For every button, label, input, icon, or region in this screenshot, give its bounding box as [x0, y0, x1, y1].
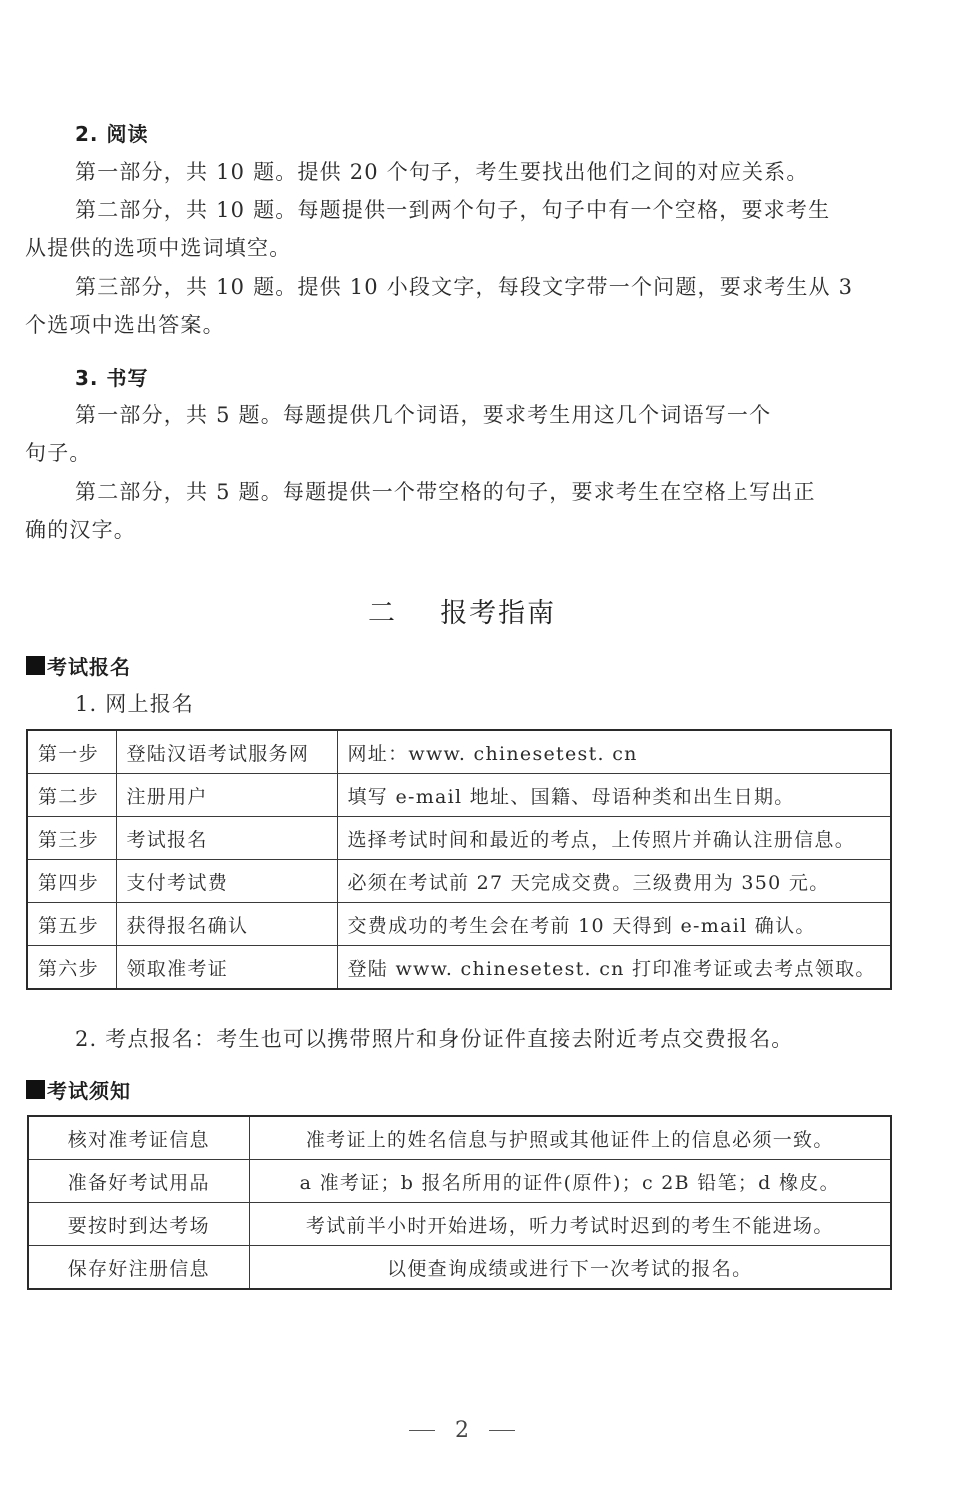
writing-heading: 3. 书写	[75, 362, 148, 391]
step-detail: 必须在考试前 27 天完成交费。三级费用为 350 元。	[337, 860, 891, 903]
notices-heading-text: 考试须知	[47, 1075, 131, 1104]
page-number: 2	[409, 1418, 515, 1443]
page-number-text: 2	[455, 1418, 469, 1443]
writing-part1-line2: 句子。	[25, 434, 92, 472]
writing-part1-line1: 第一部分，共 5 题。每题提供几个词语，要求考生用这几个词语写一个	[75, 396, 771, 434]
registration-heading-text: 考试报名	[47, 651, 131, 680]
chapter-title: 二 报考指南	[368, 591, 556, 630]
reading-part3-line1: 第三部分，共 10 题。提供 10 小段文字，每段文字带一个问题，要求考生从 3	[75, 268, 853, 306]
exam-notices-table: 核对准考证信息 准考证上的姓名信息与护照或其他证件上的信息必须一致。 准备好考试…	[27, 1115, 892, 1290]
chapter-number: 二	[368, 598, 397, 629]
table-row: 第四步 支付考试费 必须在考试前 27 天完成交费。三级费用为 350 元。	[27, 860, 891, 903]
writing-part2-line1: 第二部分，共 5 题。每题提供一个带空格的句子，要求考生在空格上写出正	[75, 473, 816, 511]
reading-heading: 2. 阅读	[75, 118, 148, 147]
step-label: 第四步	[27, 860, 116, 903]
step-detail: 登陆 www. chinesetest. cn 打印准考证或去考点领取。	[337, 946, 891, 990]
step-label: 第二步	[27, 774, 116, 817]
table-row: 第三步 考试报名 选择考试时间和最近的考点，上传照片并确认注册信息。	[27, 817, 891, 860]
step-action: 注册用户	[116, 774, 337, 817]
writing-part2-line2: 确的汉字。	[25, 511, 136, 549]
dash-left	[409, 1430, 435, 1432]
notice-item: 准备好考试用品	[28, 1160, 249, 1203]
step-action: 支付考试费	[116, 860, 337, 903]
step-label: 第五步	[27, 903, 116, 946]
dash-right	[489, 1430, 515, 1432]
table-row: 第六步 领取准考证 登陆 www. chinesetest. cn 打印准考证或…	[27, 946, 891, 990]
table-row: 要按时到达考场 考试前半小时开始进场，听力考试时迟到的考生不能进场。	[28, 1203, 891, 1246]
registration-heading: 考试报名	[26, 651, 131, 680]
square-bullet-icon	[26, 656, 45, 675]
online-registration-heading: 1. 网上报名	[75, 685, 194, 723]
step-label: 第六步	[27, 946, 116, 990]
reading-part2-line2: 从提供的选项中选词填空。	[25, 229, 291, 267]
step-label: 第一步	[27, 730, 116, 774]
step-action: 登陆汉语考试服务网	[116, 730, 337, 774]
onsite-registration: 2. 考点报名：考生也可以携带照片和身份证件直接去附近考点交费报名。	[75, 1020, 794, 1058]
notice-detail: a 准考证；b 报名所用的证件(原件)；c 2B 铅笔；d 橡皮。	[249, 1160, 891, 1203]
registration-steps-table: 第一步 登陆汉语考试服务网 网址：www. chinesetest. cn 第二…	[26, 729, 892, 990]
table-row: 第五步 获得报名确认 交费成功的考生会在考前 10 天得到 e-mail 确认。	[27, 903, 891, 946]
step-action: 考试报名	[116, 817, 337, 860]
notice-detail: 以便查询成绩或进行下一次考试的报名。	[249, 1246, 891, 1290]
table-row: 准备好考试用品 a 准考证；b 报名所用的证件(原件)；c 2B 铅笔；d 橡皮…	[28, 1160, 891, 1203]
reading-part3-line2: 个选项中选出答案。	[25, 306, 225, 344]
table-row: 第一步 登陆汉语考试服务网 网址：www. chinesetest. cn	[27, 730, 891, 774]
notice-detail: 考试前半小时开始进场，听力考试时迟到的考生不能进场。	[249, 1203, 891, 1246]
step-detail: 网址：www. chinesetest. cn	[337, 730, 891, 774]
table-row: 第二步 注册用户 填写 e-mail 地址、国籍、母语种类和出生日期。	[27, 774, 891, 817]
table-row: 核对准考证信息 准考证上的姓名信息与护照或其他证件上的信息必须一致。	[28, 1116, 891, 1160]
square-bullet-icon	[26, 1080, 45, 1099]
notice-detail: 准考证上的姓名信息与护照或其他证件上的信息必须一致。	[249, 1116, 891, 1160]
reading-part2-line1: 第二部分，共 10 题。每题提供一到两个句子，句子中有一个空格，要求考生	[75, 191, 830, 229]
chapter-name: 报考指南	[440, 598, 556, 629]
step-label: 第三步	[27, 817, 116, 860]
step-action: 领取准考证	[116, 946, 337, 990]
notice-item: 要按时到达考场	[28, 1203, 249, 1246]
step-detail: 填写 e-mail 地址、国籍、母语种类和出生日期。	[337, 774, 891, 817]
notice-item: 保存好注册信息	[28, 1246, 249, 1290]
step-detail: 选择考试时间和最近的考点，上传照片并确认注册信息。	[337, 817, 891, 860]
notice-item: 核对准考证信息	[28, 1116, 249, 1160]
step-action: 获得报名确认	[116, 903, 337, 946]
table-row: 保存好注册信息 以便查询成绩或进行下一次考试的报名。	[28, 1246, 891, 1290]
notices-heading: 考试须知	[26, 1075, 131, 1104]
reading-part1: 第一部分，共 10 题。提供 20 个句子，考生要找出他们之间的对应关系。	[75, 153, 809, 191]
step-detail: 交费成功的考生会在考前 10 天得到 e-mail 确认。	[337, 903, 891, 946]
